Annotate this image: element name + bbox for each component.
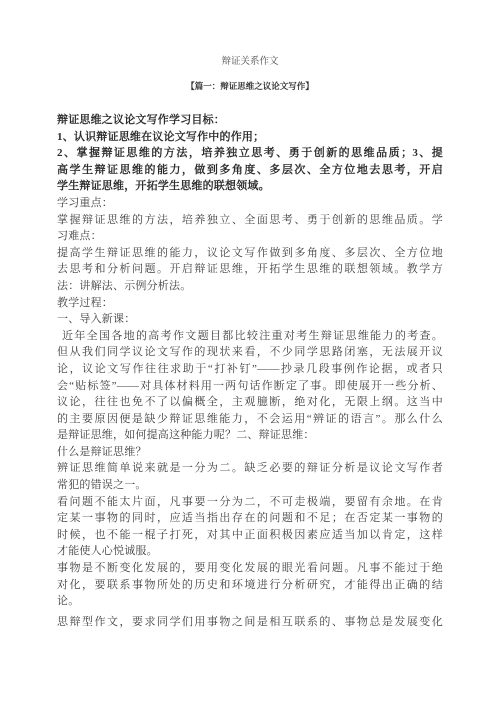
text-line: 会“贴标签”——对具体材料用一两句话作断定了事。即使展开一些分析、 bbox=[57, 378, 443, 395]
text-line: 学习重点： bbox=[57, 195, 443, 212]
text-line: 对化，要联系事物所处的历史和环境进行分析研究，才能得出正确的结 bbox=[57, 577, 443, 594]
text-line: 近年全国各地的高考作文题目都比较注重对考生辩证思维能力的考查。 bbox=[57, 328, 443, 345]
text-line: 才能使人心悦诚服。 bbox=[57, 543, 443, 560]
text-line: 论。 bbox=[57, 593, 443, 610]
text-line: 一、导入新课： bbox=[57, 311, 443, 328]
text-line: 但从我们同学议论文写作的现状来看，不少同学思路闭塞，无法展开议 bbox=[57, 344, 443, 361]
page-title: 辩证关系作文 bbox=[42, 0, 458, 68]
text-line: 时候，也不能一棍子打死，对其中正面积极因素应适当加以肯定，这样 bbox=[57, 527, 443, 544]
text-line: 提高学生辩证思维的能力，议论文写作做到多角度、多层次、全方位地 bbox=[57, 245, 443, 262]
document-body: 辩证思维之议论文写作学习目标：1、认识辩证思维在议论文写作中的作用；2、掌握辩证… bbox=[57, 112, 443, 630]
text-line: 是辩证思维，如何提高这种能力呢？二、辩证思维： bbox=[57, 427, 443, 444]
text-line: 高学生辩证思维的能力，做到多角度、多层次、全方位地去思考，开启 bbox=[57, 162, 443, 179]
text-line: 定某一事物的同时，应适当指出存在的问题和不足；在否定某一事物的 bbox=[57, 510, 443, 527]
document-page: 辩证关系作文 【篇一：辩证思维之议论文写作】 辩证思维之议论文写作学习目标：1、… bbox=[0, 0, 500, 707]
text-line: 习难点： bbox=[57, 228, 443, 245]
text-line: 2、掌握辩证思维的方法，培养独立思考、勇于创新的思维品质；3、提 bbox=[57, 145, 443, 162]
text-line: 掌握辩证思维的方法，培养独立、全面思考、勇于创新的思维品质。学 bbox=[57, 212, 443, 229]
text-line: 教学过程： bbox=[57, 295, 443, 312]
text-line: 去思考和分析问题。开启辩证思维，开拓学生思维的联想领域。教学方 bbox=[57, 261, 443, 278]
text-line: 思辩型作文，要求同学们用事物之间是相互联系的、事物总是发展变化 bbox=[57, 614, 443, 631]
text-line: 什么是辩证思维？ bbox=[57, 444, 443, 461]
text-line: 看问题不能太片面，凡事要一分为二，不可走极端，要留有余地。在肯 bbox=[57, 494, 443, 511]
text-line: 论，议论文写作往往求助于“打补钉”——抄录几段事例作论据，或者只 bbox=[57, 361, 443, 378]
text-line: 辨证思维简单说来就是一分为二。缺乏必要的辩证分析是议论文写作者 bbox=[57, 460, 443, 477]
section-heading: 【篇一：辩证思维之议论文写作】 bbox=[49, 81, 451, 91]
text-line: 常犯的错误之一。 bbox=[57, 477, 443, 494]
text-line: 事物是不断变化发展的，要用变化发展的眼光看问题。凡事不能过于绝 bbox=[57, 560, 443, 577]
text-line: 议论，往往也免不了以偏概全，主观臆断，绝对化，无限上纲。这当中 bbox=[57, 394, 443, 411]
text-line: 学生辩证思维，开拓学生思维的联想领域。 bbox=[57, 178, 443, 195]
text-line: 辩证思维之议论文写作学习目标： bbox=[57, 112, 443, 129]
text-line: 的主要原因便是缺少辩证思维能力，不会运用“辨证的语言”。那么什么 bbox=[57, 411, 443, 428]
text-line: 法：讲解法、示例分析法。 bbox=[57, 278, 443, 295]
text-line: 1、认识辩证思维在议论文写作中的作用； bbox=[57, 129, 443, 146]
